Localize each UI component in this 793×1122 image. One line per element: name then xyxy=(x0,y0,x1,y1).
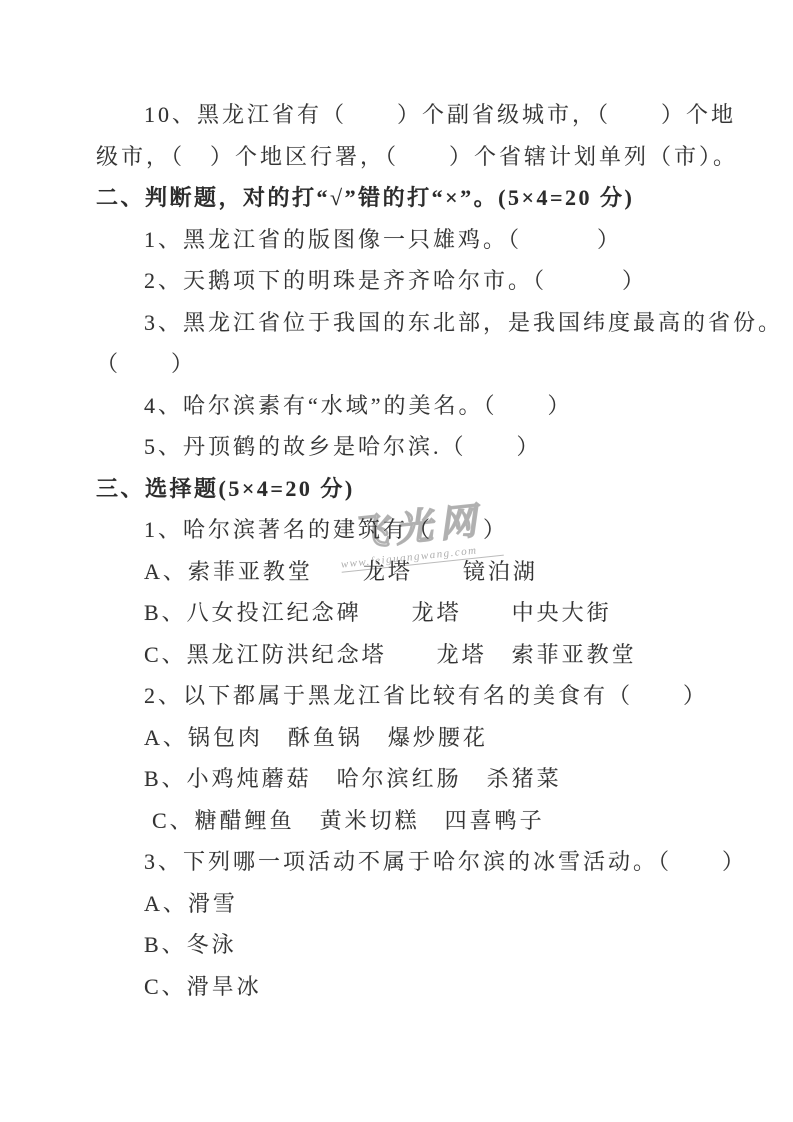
exam-paper-page: 飞光网 www.feiguangwang.com 10、黑龙江省有（ ）个副省级… xyxy=(0,0,793,1122)
text-line: 3、黑龙江省位于我国的东北部，是我国纬度最高的省份。 xyxy=(96,302,764,344)
text-line: B、八女投江纪念碑 龙塔 中央大街 xyxy=(96,592,764,634)
text-line: B、小鸡炖蘑菇 哈尔滨红肠 杀猪菜 xyxy=(96,758,764,800)
text-line: 1、黑龙江省的版图像一只雄鸡。（ ） xyxy=(96,219,764,261)
text-line: C、滑旱冰 xyxy=(96,966,764,1008)
text-line: A、索菲亚教堂 龙塔 镜泊湖 xyxy=(96,551,764,593)
text-line: C、黑龙江防洪纪念塔 龙塔 索菲亚教堂 xyxy=(96,634,764,676)
text-line: 4、哈尔滨素有“水域”的美名。（ ） xyxy=(96,385,764,427)
text-line: 2、天鹅项下的明珠是齐齐哈尔市。（ ） xyxy=(96,260,764,302)
text-line: 2、以下都属于黑龙江省比较有名的美食有（ ） xyxy=(96,675,764,717)
text-line: A、锅包肉 酥鱼锅 爆炒腰花 xyxy=(96,717,764,759)
text-line: 3、下列哪一项活动不属于哈尔滨的冰雪活动。（ ） xyxy=(96,841,764,883)
text-line: 5、丹顶鹤的故乡是哈尔滨.（ ） xyxy=(96,426,764,468)
text-line: B、冬泳 xyxy=(96,924,764,966)
text-line: （ ） xyxy=(96,343,764,385)
section-header: 二、判断题，对的打“√”错的打“×”。(5×4=20 分) xyxy=(96,177,764,219)
text-line: 10、黑龙江省有（ ）个副省级城市，（ ）个地 xyxy=(96,94,764,136)
document-lines: 10、黑龙江省有（ ）个副省级城市，（ ）个地级市，（ ）个地区行署，（ ）个省… xyxy=(96,94,764,1007)
text-line: 1、哈尔滨著名的建筑有（ ） xyxy=(96,509,764,551)
text-line: A、滑雪 xyxy=(96,883,764,925)
section-header: 三、选择题(5×4=20 分) xyxy=(96,468,764,510)
text-line: 级市，（ ）个地区行署，（ ）个省辖计划单列（市）。 xyxy=(96,136,764,178)
text-line: C、糖醋鲤鱼 黄米切糕 四喜鸭子 xyxy=(96,800,764,842)
